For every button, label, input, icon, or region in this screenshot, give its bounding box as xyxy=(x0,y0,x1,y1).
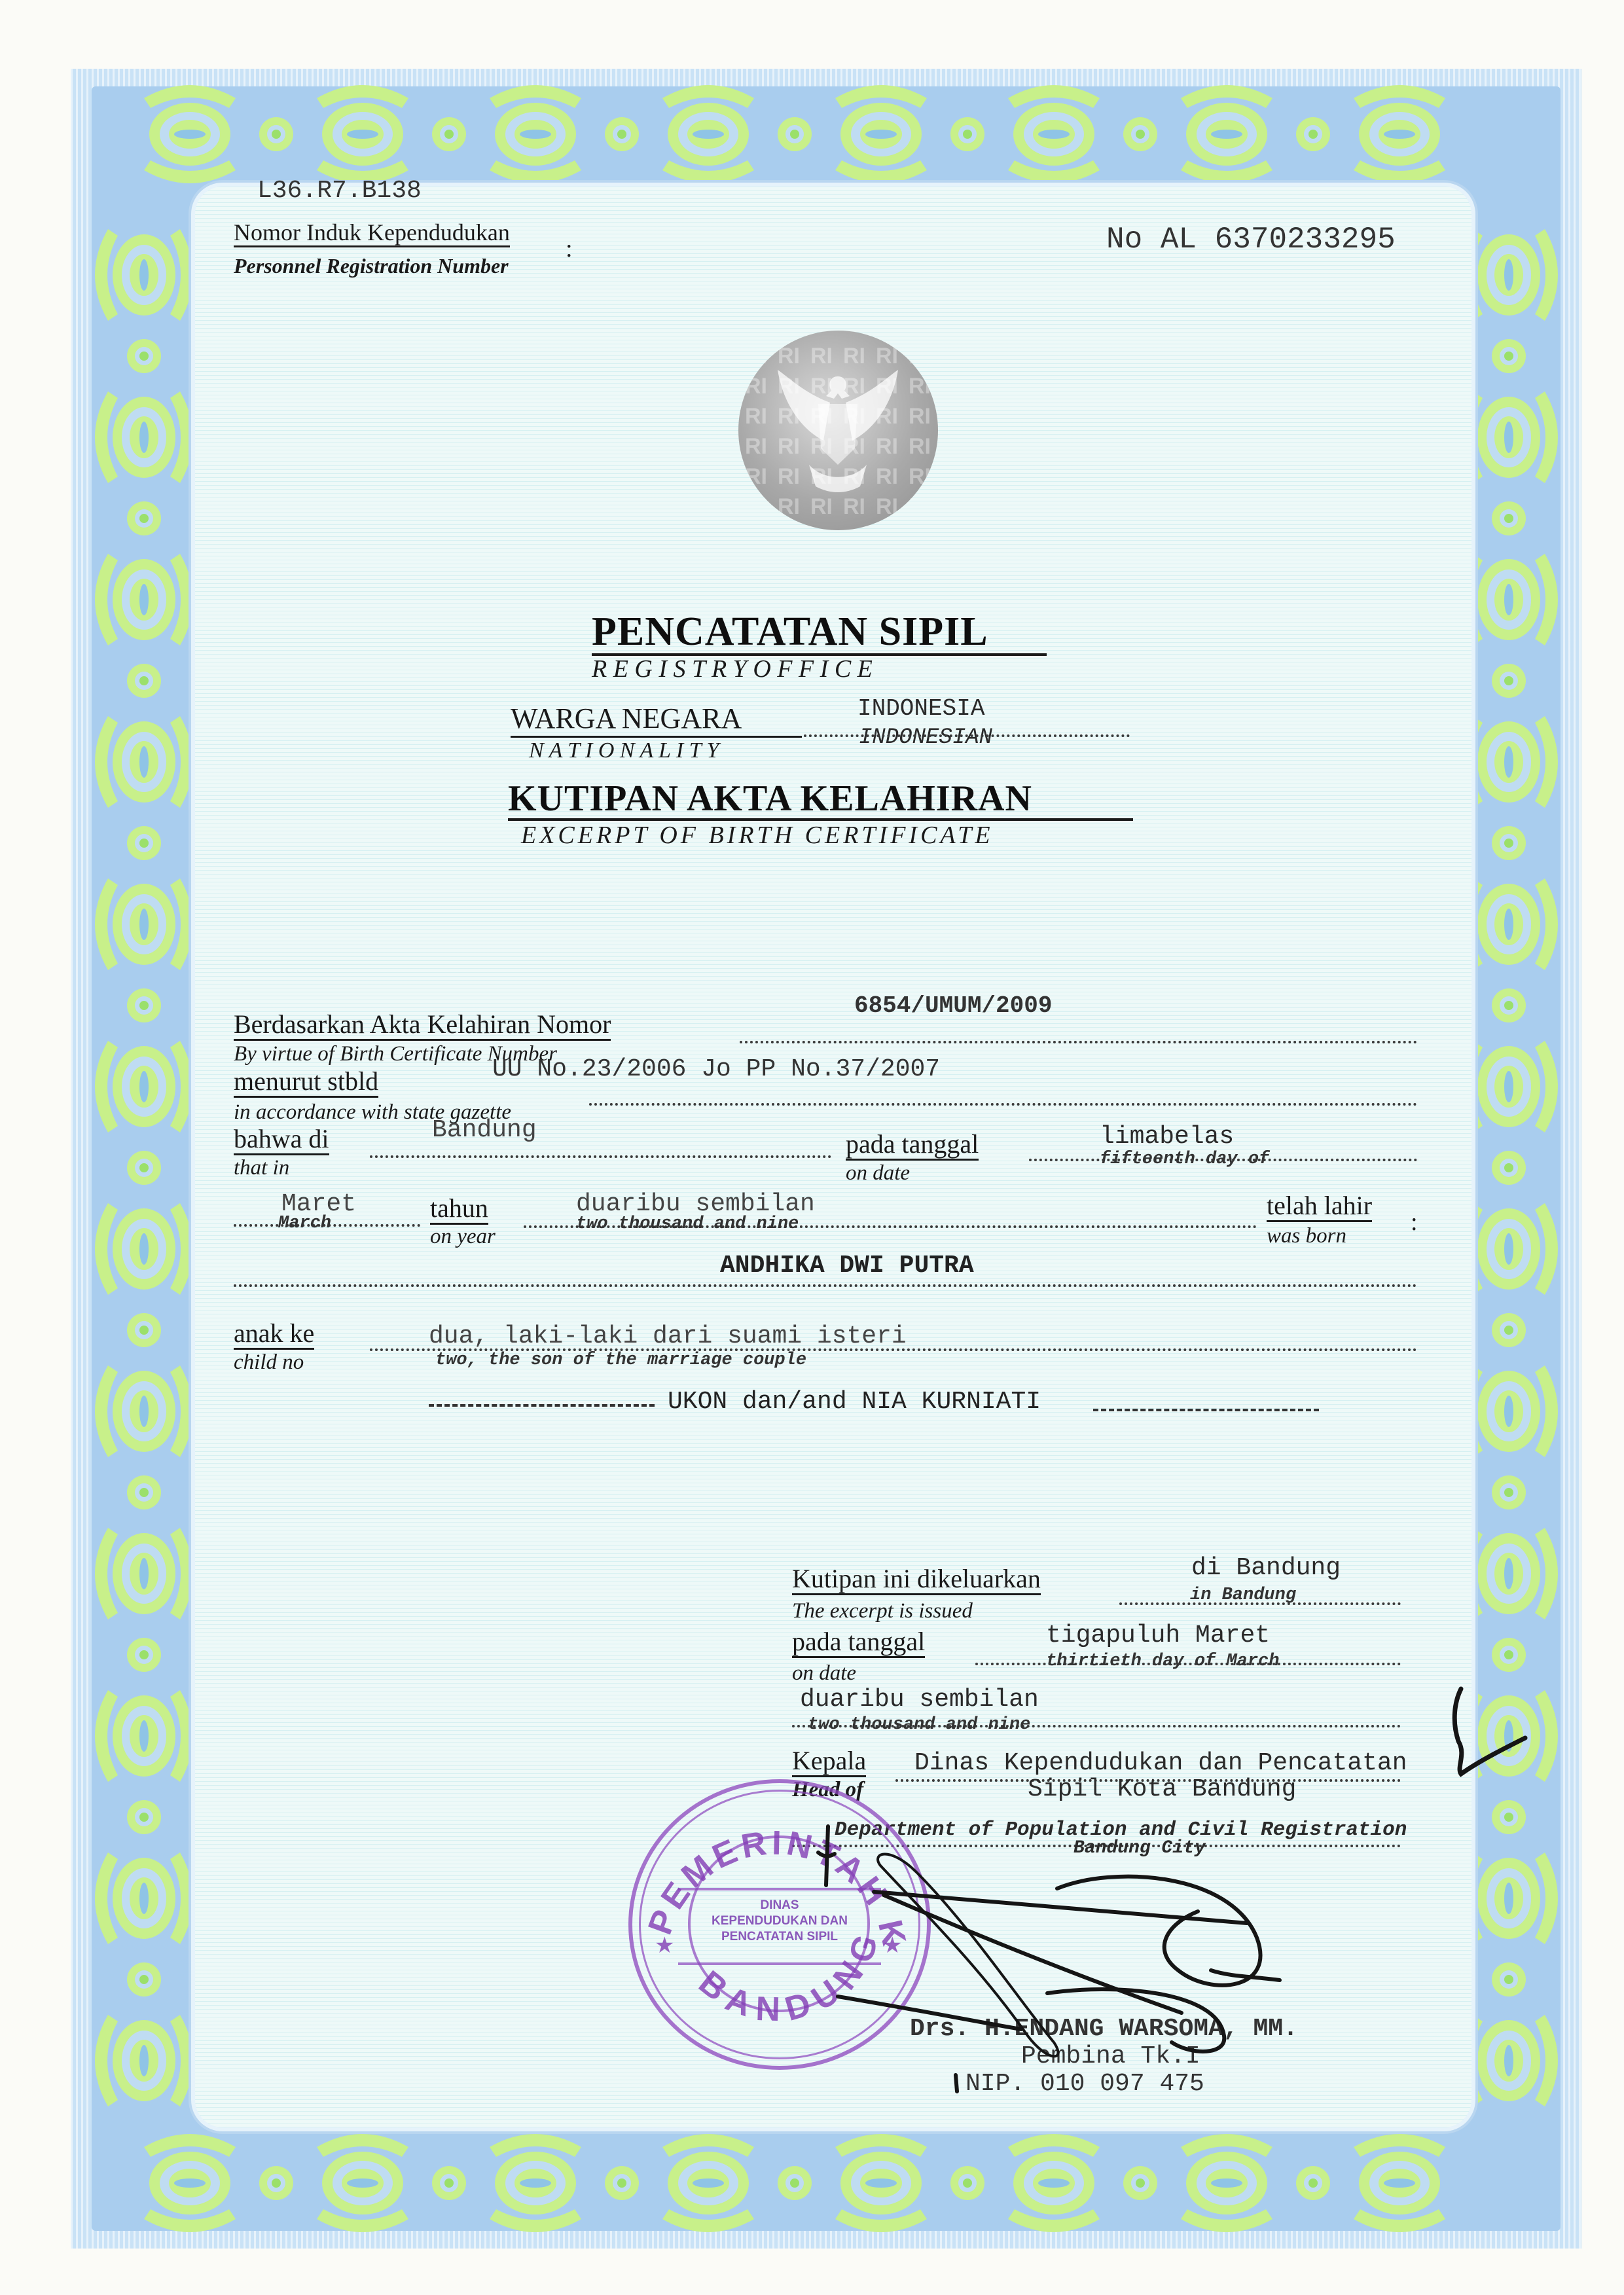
nationality-label: WARGA NEGARA xyxy=(511,702,742,735)
department: Dinas Kependudukan dan Pencatatan xyxy=(914,1749,1407,1777)
issued-label: Kutipan ini dikeluarkan xyxy=(792,1566,1041,1595)
nationality-value-en: INDONESIAN xyxy=(859,725,992,750)
certificate-title-en: EXCERPT OF BIRTH CERTIFICATE xyxy=(521,821,994,850)
day-value-en: fifteenth day of xyxy=(1100,1151,1269,1168)
official-stamp: DINAS KEPENDUDUKAN DAN PENCATATAN SIPIL … xyxy=(628,1779,931,2070)
issued-label-en: The excerpt is issued xyxy=(792,1600,973,1622)
nik-label: Nomor Induk Kependudukan xyxy=(234,221,510,247)
month-value-en: March xyxy=(278,1215,331,1233)
year-label-en: on year xyxy=(430,1226,496,1248)
signatory-rank: Pembina Tk.I xyxy=(1021,2042,1200,2070)
issued-year: duaribu sembilan xyxy=(800,1686,1039,1714)
issued-date: tigapuluh Maret xyxy=(1046,1621,1270,1650)
stamp-top-text: PEMERINTAH KOTA xyxy=(628,1779,914,1953)
child-no-value-en: two, the son of the marriage couple xyxy=(435,1352,806,1369)
signatory-nip: NIP. 010 097 475 xyxy=(965,2070,1204,2098)
parents-dash-left xyxy=(429,1404,655,1407)
born-colon: : xyxy=(1411,1208,1418,1237)
born-label-en: was born xyxy=(1267,1225,1346,1247)
issued-place-en: in Bandung xyxy=(1190,1587,1296,1604)
child-no-label-en: child no xyxy=(234,1352,304,1373)
year-value-en: two thousand and nine xyxy=(576,1216,799,1233)
place-label-en: that in xyxy=(234,1157,289,1179)
parents: UKON dan/and NIA KURNIATI xyxy=(668,1388,1041,1416)
year-label: tahun xyxy=(430,1195,488,1225)
office-title-en: R E G I S T R Y O F F I C E xyxy=(592,655,873,683)
date-label: pada tanggal xyxy=(846,1131,979,1161)
department-line2: Sipil Kota Bandung xyxy=(1028,1775,1296,1803)
child-no-label: anak ke xyxy=(234,1320,314,1350)
issued-date-en: thirtieth day of March xyxy=(1046,1653,1279,1671)
nationality-value: INDONESIA xyxy=(857,695,984,722)
garuda-emblem-icon: RIRIRIRIRIRIRIRIRIRIRIRIRIRIRIRIRIRIRIRI… xyxy=(738,331,938,530)
issued-date-label: pada tanggal xyxy=(792,1629,925,1658)
stbld-label: menurut stbld xyxy=(234,1068,378,1098)
archive-code: L36.R7.B138 xyxy=(257,177,422,205)
child-name: ANDHIKA DWI PUTRA xyxy=(720,1252,974,1280)
stamp-bottom-text: BANDUNG xyxy=(692,1922,889,2029)
basis-label: Berdasarkan Akta Kelahiran Nomor xyxy=(234,1011,611,1041)
nik-colon: : xyxy=(566,234,573,263)
issued-date-label-en: on date xyxy=(792,1663,856,1684)
svg-text:PEMERINTAH KOTA: PEMERINTAH KOTA xyxy=(628,1779,914,1953)
certificate-title: KUTIPAN AKTA KELAHIRAN xyxy=(508,778,1032,820)
place-label: bahwa di xyxy=(234,1126,329,1155)
signatory-name: Drs. H.ENDANG WARSOMA, MM. xyxy=(910,2015,1298,2043)
child-no-value: dua, laki-laki dari suami isteri xyxy=(429,1322,907,1350)
nationality-label-en: N A T I O N A L I T Y xyxy=(529,738,719,763)
basis-value: 6854/UMUM/2009 xyxy=(854,992,1052,1019)
office-title: PENCATATAN SIPIL xyxy=(592,609,988,655)
stbld-value: UU No.23/2006 Jo PP No.37/2007 xyxy=(492,1055,940,1083)
svg-text:★: ★ xyxy=(882,1932,902,1959)
svg-text:★: ★ xyxy=(655,1932,674,1959)
issued-year-en: two thousand and nine xyxy=(808,1716,1030,1734)
department-en-line2: Bandung City xyxy=(1074,1838,1206,1858)
parents-dash-right xyxy=(1093,1409,1319,1411)
head-label: Kepala xyxy=(792,1748,866,1777)
nik-label-en: Personnel Registration Number xyxy=(234,255,509,276)
svg-text:BANDUNG: BANDUNG xyxy=(692,1922,889,2029)
place-value: Bandung xyxy=(432,1116,537,1144)
serial-number: No AL 6370233295 xyxy=(1106,223,1396,257)
day-value: limabelas xyxy=(1100,1123,1234,1151)
date-label-en: on date xyxy=(846,1163,910,1184)
issued-place: di Bandung xyxy=(1191,1554,1341,1582)
born-label: telah lahir xyxy=(1267,1193,1372,1222)
